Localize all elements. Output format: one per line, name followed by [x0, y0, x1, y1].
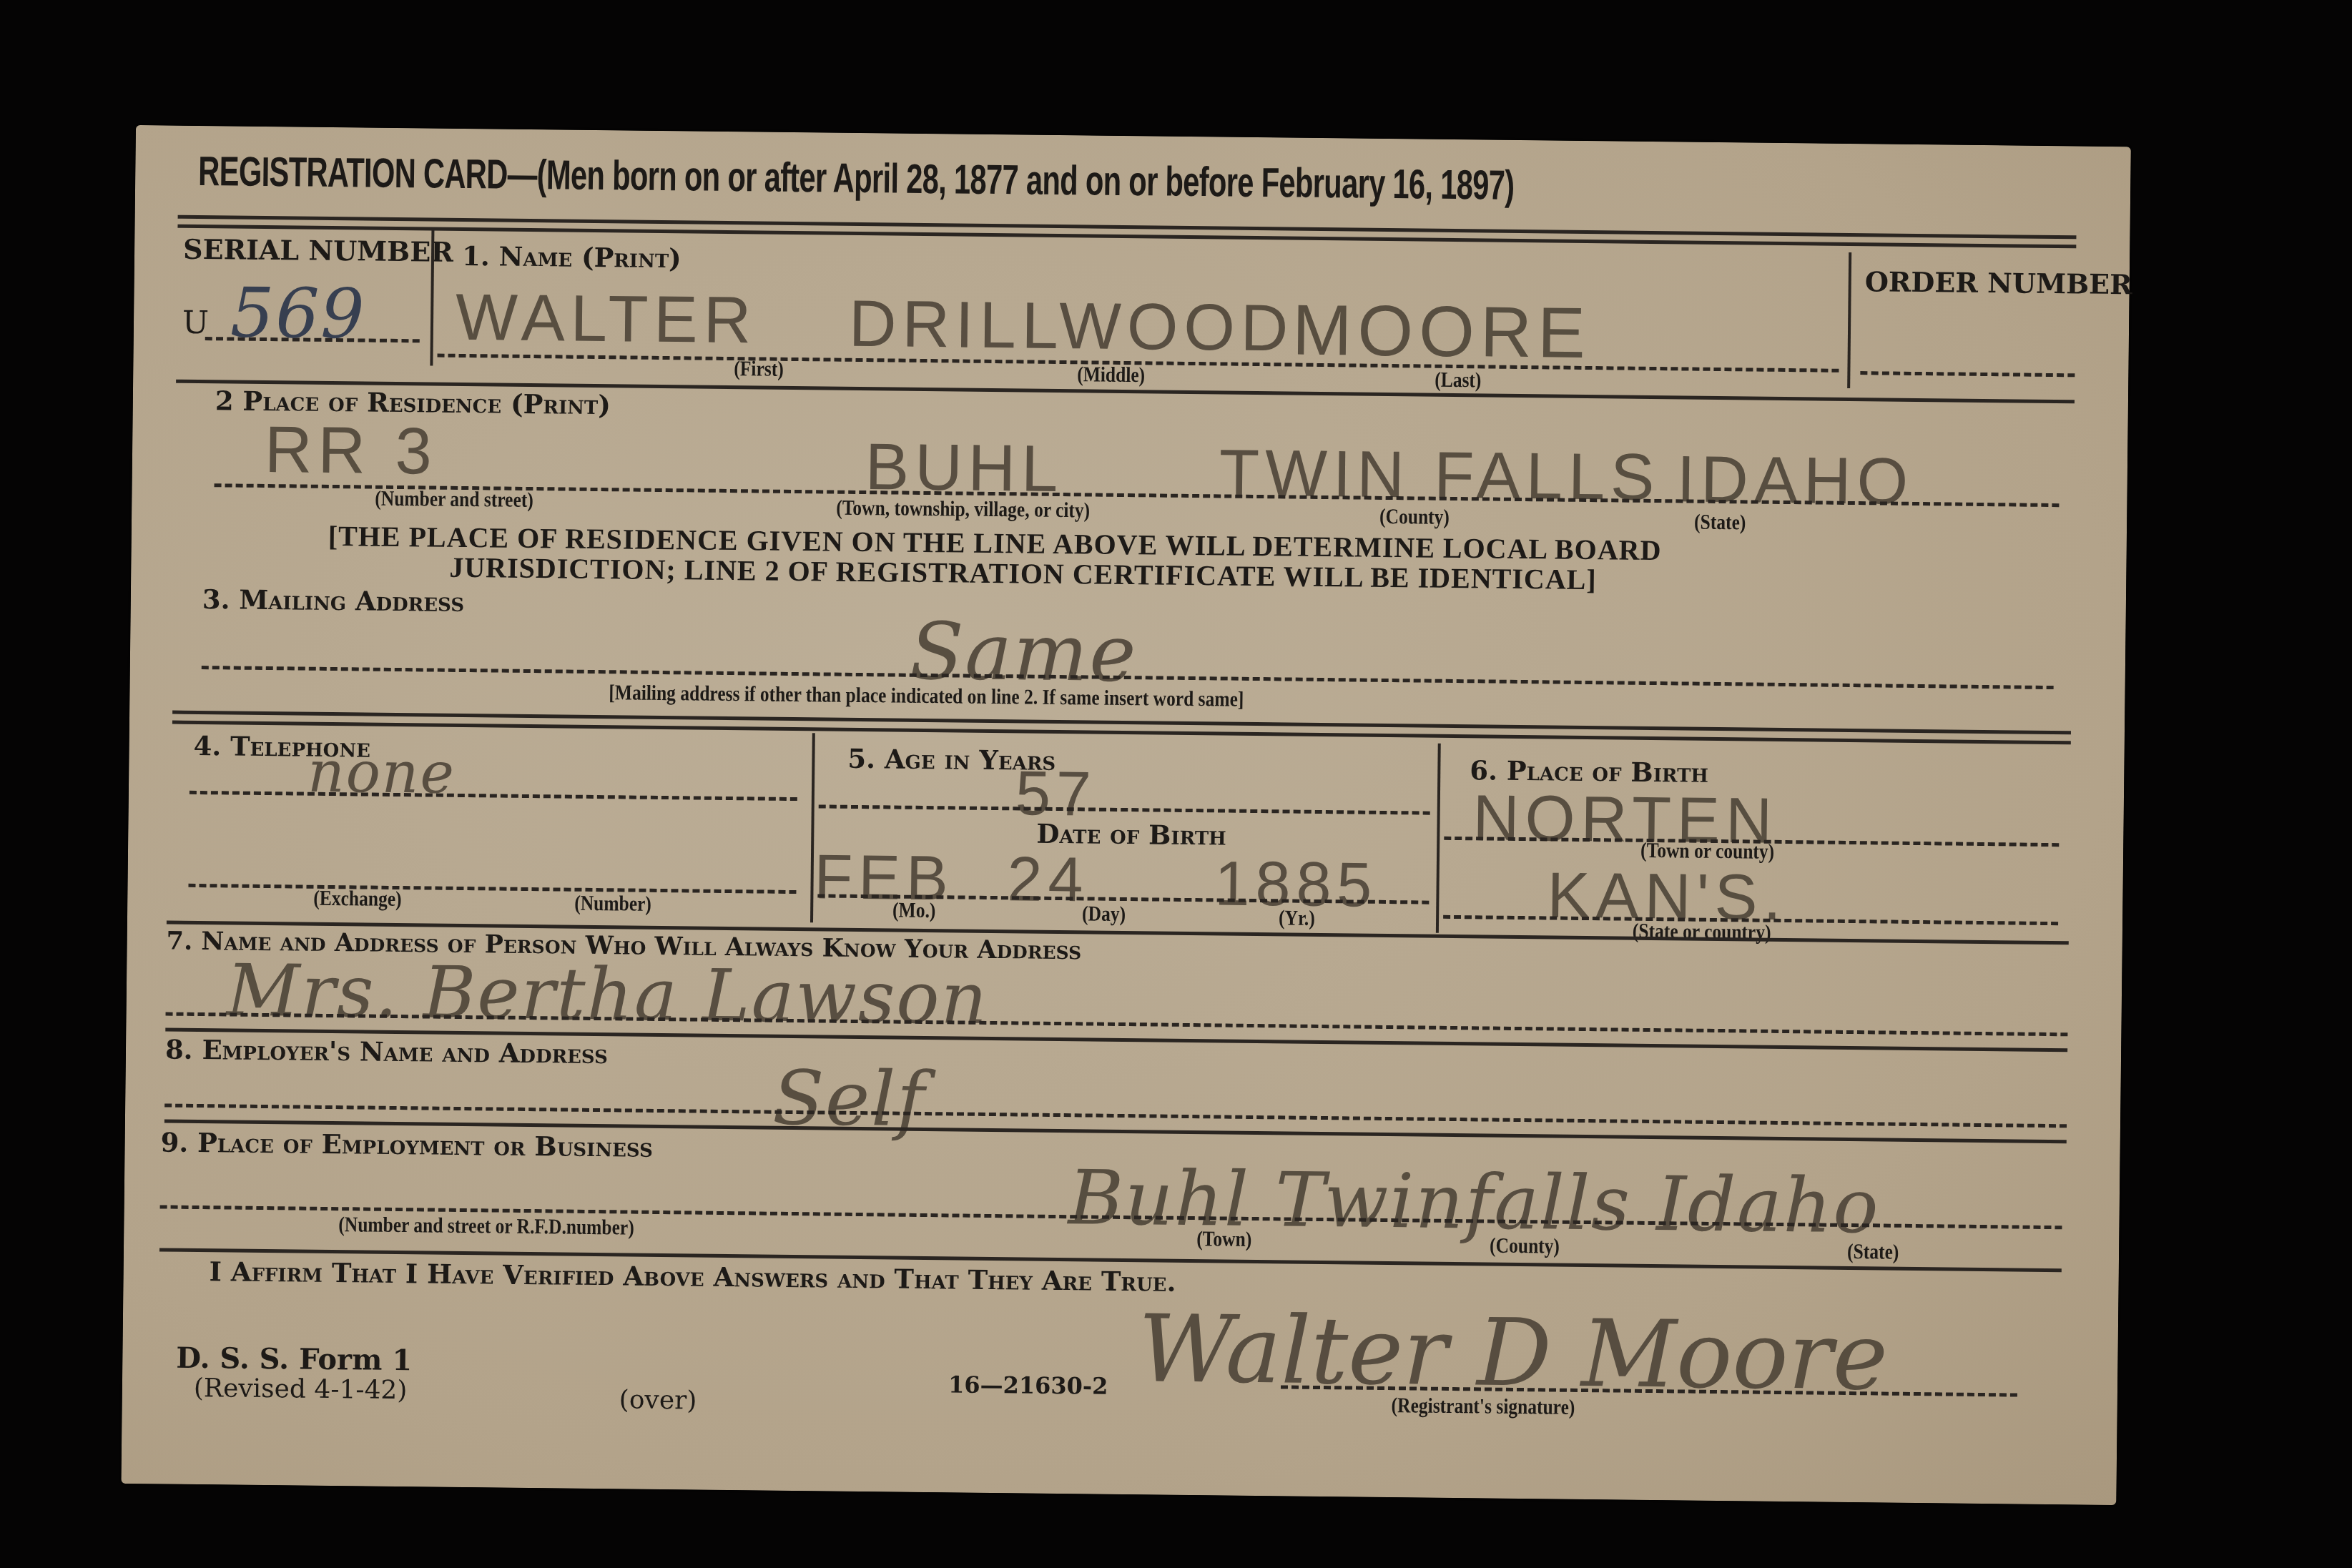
- telephone-line-1: [190, 791, 797, 801]
- age-line: [819, 804, 1430, 814]
- residence-county: TWIN FALLS: [1219, 435, 1660, 516]
- serial-divider: [430, 230, 434, 365]
- contact-person-value: Mrs. Bertha Lawson: [226, 948, 988, 1040]
- order-divider: [1847, 252, 1851, 388]
- affirmation-text: I Affirm That I Have Verified Above Answ…: [209, 1256, 1176, 1298]
- signature-caption: (Registrant's signature): [1392, 1394, 1575, 1420]
- employment-county-caption: (County): [1490, 1234, 1560, 1259]
- over-note: (over): [619, 1385, 697, 1415]
- name-last: MOORE: [1291, 290, 1591, 375]
- dob-day: 24: [1007, 842, 1089, 916]
- name-first: WALTER: [456, 280, 757, 359]
- residence-state-caption: (State): [1694, 511, 1746, 536]
- name-label: 1. Name (Print): [462, 240, 682, 274]
- mailing-address-label: 3. Mailing Address: [202, 583, 465, 618]
- employment-state-caption: (State): [1847, 1240, 1899, 1265]
- serial-number-label: SERIAL NUMBER: [183, 233, 453, 268]
- form-revised: (Revised 4-1-42): [194, 1374, 408, 1405]
- employment-town-caption: (Town): [1196, 1227, 1251, 1252]
- employment-place-value: Buhl Twinfalls Idaho: [1068, 1154, 1880, 1250]
- serial-number-value: 569: [230, 272, 366, 354]
- employment-street-caption: (Number and street or R.F.D.number): [338, 1213, 634, 1240]
- telephone-number-caption: (Number): [574, 892, 651, 917]
- serial-prefix: U: [182, 305, 210, 341]
- order-number-label: ORDER NUMBER: [1865, 265, 2132, 300]
- name-last-caption: (Last): [1435, 368, 1482, 393]
- registration-card: REGISTRATION CARD—(Men born on or after …: [121, 125, 2130, 1505]
- mailing-address-caption: [Mailing address if other than place ind…: [609, 681, 1244, 712]
- form-number: D. S. S. Form 1: [176, 1341, 412, 1378]
- dob-day-caption: (Day): [1082, 902, 1126, 927]
- residence-street-caption: (Number and street): [375, 487, 533, 513]
- card-title: REGISTRATION CARD—(Men born on or after …: [198, 147, 1515, 209]
- employment-place-label: 9. Place of Employment or Business: [160, 1126, 653, 1163]
- dob-year-caption: (Yr.): [1279, 906, 1315, 931]
- residence-county-caption: (County): [1379, 505, 1450, 530]
- order-number-field[interactable]: [1860, 371, 2075, 377]
- telephone-exchange-caption: (Exchange): [313, 887, 402, 912]
- residence-street: RR 3: [265, 413, 438, 490]
- name-middle: DRILLWOOD: [848, 287, 1294, 367]
- residence-town-caption: (Town, township, village, or city): [836, 496, 1090, 523]
- telephone-line-2: [188, 884, 796, 894]
- residence-state: IDAHO: [1676, 442, 1914, 520]
- name-middle-caption: (Middle): [1077, 363, 1145, 388]
- print-code: 16—21630-2: [948, 1371, 1108, 1399]
- age-divider: [1436, 744, 1441, 933]
- name-first-caption: (First): [734, 357, 784, 382]
- employer-label: 8. Employer's Name and Address: [165, 1034, 608, 1070]
- dob-month-caption: (Mo.): [892, 899, 936, 924]
